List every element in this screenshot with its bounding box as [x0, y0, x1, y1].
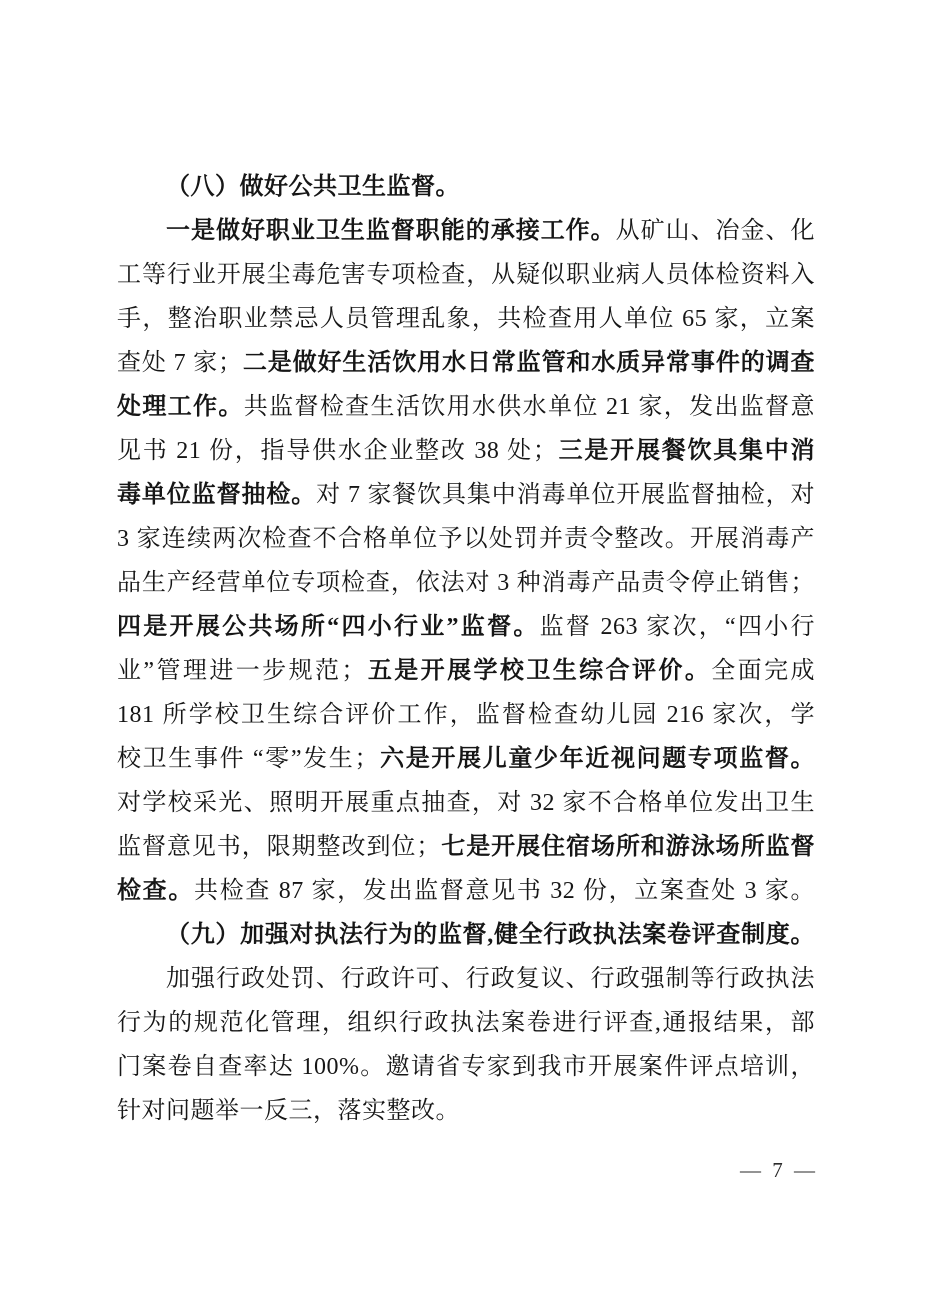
section-heading: （八）做好公共卫生监督。	[117, 165, 815, 209]
text-segment: 181 所学校卫生综合评价工作，监督检查幼儿园 216 家次，学	[117, 702, 815, 728]
text-segment: 见书 21 份，指导供水企业整改 38 处；	[117, 438, 557, 464]
text-line: 四是开展公共场所“四小行业”监督。监督 263 家次，“四小行	[117, 605, 815, 649]
text-segment: 针对问题举一反三，落实整改。	[117, 1098, 460, 1124]
text-segment: 对学校采光、照明开展重点抽查，对 32 家不合格单位发出卫生	[117, 790, 815, 816]
text-line: 一是做好职业卫生监督职能的承接工作。从矿山、冶金、化	[117, 209, 815, 253]
text-segment: 对 7 家餐饮具集中消毒单位开展监督抽检，对	[316, 482, 815, 508]
text-line: 检查。共检查 87 家，发出监督意见书 32 份，立案查处 3 家。	[117, 869, 815, 913]
text-segment: 从矿山、冶金、化	[616, 218, 815, 244]
text-segment: 二是做好生活饮用水日常监管和水质异常事件的调查	[242, 350, 815, 376]
text-segment: 五是开展学校卫生综合评价。	[366, 658, 711, 684]
text-line: 门案卷自查率达 100%。邀请省专家到我市开展案件评点培训，	[117, 1045, 815, 1089]
text-segment: 工等行业开展尘毒危害专项检查，从疑似职业病人员体检资料入	[117, 262, 815, 288]
text-segment: 三是开展餐饮具集中消	[557, 438, 815, 464]
text-line: 处理工作。共监督检查生活饮用水供水单位 21 家，发出监督意	[117, 385, 815, 429]
text-line: 行为的规范化管理，组织行政执法案卷进行评查,通报结果，部	[117, 1001, 815, 1045]
text-line: 见书 21 份，指导供水企业整改 38 处；三是开展餐饮具集中消	[117, 429, 815, 473]
text-line: 181 所学校卫生综合评价工作，监督检查幼儿园 216 家次，学	[117, 693, 815, 737]
text-segment: 检查。	[117, 878, 194, 904]
text-segment: 毒单位监督抽检。	[117, 482, 316, 508]
text-segment: 门案卷自查率达 100%。邀请省专家到我市开展案件评点培训，	[117, 1054, 815, 1080]
text-line: 手，整治职业禁忌人员管理乱象，共检查用人单位 65 家，立案	[117, 297, 815, 341]
text-segment: 行为的规范化管理，组织行政执法案卷进行评查,通报结果，部	[117, 1010, 815, 1036]
text-segment: 校卫生事件 “零”发生；	[117, 746, 379, 772]
text-line: 对学校采光、照明开展重点抽查，对 32 家不合格单位发出卫生	[117, 781, 815, 825]
text-segment: 监督 263 家次，“四小行	[540, 614, 815, 640]
text-segment: 品生产经营单位专项检查，依法对 3 种消毒产品责令停止销售；	[117, 570, 815, 596]
text-line: 校卫生事件 “零”发生；六是开展儿童少年近视问题专项监督。	[117, 737, 815, 781]
text-segment: 四是开展公共场所“四小行业”监督。	[117, 614, 540, 640]
document-text-block: （八）做好公共卫生监督。一是做好职业卫生监督职能的承接工作。从矿山、冶金、化工等…	[117, 165, 815, 1133]
text-segment: 查处 7 家；	[117, 350, 242, 376]
text-segment: 3 家连续两次检查不合格单位予以处罚并责令整改。开展消毒产	[117, 526, 815, 552]
text-line: 毒单位监督抽检。对 7 家餐饮具集中消毒单位开展监督抽检，对	[117, 473, 815, 517]
text-line: 工等行业开展尘毒危害专项检查，从疑似职业病人员体检资料入	[117, 253, 815, 297]
text-segment: 一是做好职业卫生监督职能的承接工作。	[166, 218, 616, 244]
text-segment: 加强行政处罚、行政许可、行政复议、行政强制等行政执法	[166, 966, 815, 992]
text-segment: （九）加强对执法行为的监督,健全行政执法案卷评查制度。	[166, 922, 815, 948]
text-segment: 七是开展住宿场所和游泳场所监督	[441, 834, 815, 860]
text-line: 针对问题举一反三，落实整改。	[117, 1089, 815, 1133]
text-line: 品生产经营单位专项检查，依法对 3 种消毒产品责令停止销售；	[117, 561, 815, 605]
text-segment: 业”管理进一步规范；	[117, 658, 366, 684]
text-line: 加强行政处罚、行政许可、行政复议、行政强制等行政执法	[117, 957, 815, 1001]
document-page: （八）做好公共卫生监督。一是做好职业卫生监督职能的承接工作。从矿山、冶金、化工等…	[0, 0, 930, 1315]
text-segment: 共检查 87 家，发出监督意见书 32 份，立案查处 3 家。	[194, 878, 815, 904]
text-line: 业”管理进一步规范；五是开展学校卫生综合评价。全面完成	[117, 649, 815, 693]
text-segment: 处理工作。	[117, 394, 244, 420]
text-line: 监督意见书，限期整改到位；七是开展住宿场所和游泳场所监督	[117, 825, 815, 869]
text-segment: 共监督检查生活饮用水供水单位 21 家，发出监督意	[244, 394, 815, 420]
text-line: 查处 7 家；二是做好生活饮用水日常监管和水质异常事件的调查	[117, 341, 815, 385]
page-number: — 7 —	[740, 1158, 818, 1183]
section-heading: （九）加强对执法行为的监督,健全行政执法案卷评查制度。	[117, 913, 815, 957]
text-segment: 全面完成	[711, 658, 815, 684]
text-segment: 六是开展儿童少年近视问题专项监督。	[379, 746, 815, 772]
text-segment: （八）做好公共卫生监督。	[166, 174, 460, 200]
text-line: 3 家连续两次检查不合格单位予以处罚并责令整改。开展消毒产	[117, 517, 815, 561]
text-segment: 监督意见书，限期整改到位；	[117, 834, 441, 860]
text-segment: 手，整治职业禁忌人员管理乱象，共检查用人单位 65 家，立案	[117, 306, 815, 332]
